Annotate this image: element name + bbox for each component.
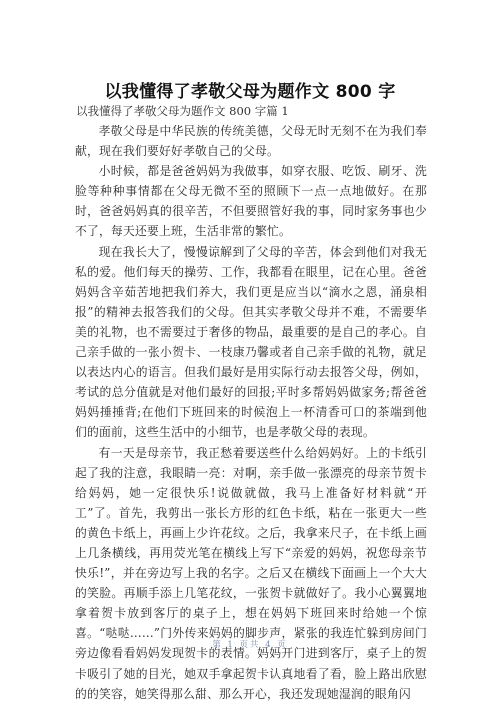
paragraph: 小时候，都是爸爸妈妈为我做事，如穿衣服、吃饭、刷牙、洗脸等种种事情都在父母无微不… [75, 161, 427, 241]
document-page: 以我懂得了孝敬父母为题作文 800 字 以我懂得了孝敬父母为题作文 800 字篇… [0, 0, 500, 707]
paragraph: 孝敬父母是中华民族的传统美德，父母无时无刻不在为我们奉献，现在我们要好好孝敬自己… [75, 121, 427, 161]
paragraph: 现在我长大了，慢慢谅解到了父母的辛苦，体会到他们对我无私的爱。他们每天的操劳、工… [75, 242, 427, 443]
document-subtitle: 以我懂得了孝敬父母为题作文 800 字篇 1 [76, 103, 289, 119]
document-title: 以我懂得了孝敬父母为题作文 800 字 [0, 77, 500, 102]
page-number-footer: 第 1 页共 4 页 [0, 638, 500, 650]
document-body: 孝敬父母是中华民族的传统美德，父母无时无刻不在为我们奉献，现在我们要好好孝敬自己… [75, 121, 427, 704]
paragraph: 有一天是母亲节，我正愁着要送些什么给妈妈好。上的卡纸引起了我的注意，我眼睛一亮：… [75, 443, 427, 704]
